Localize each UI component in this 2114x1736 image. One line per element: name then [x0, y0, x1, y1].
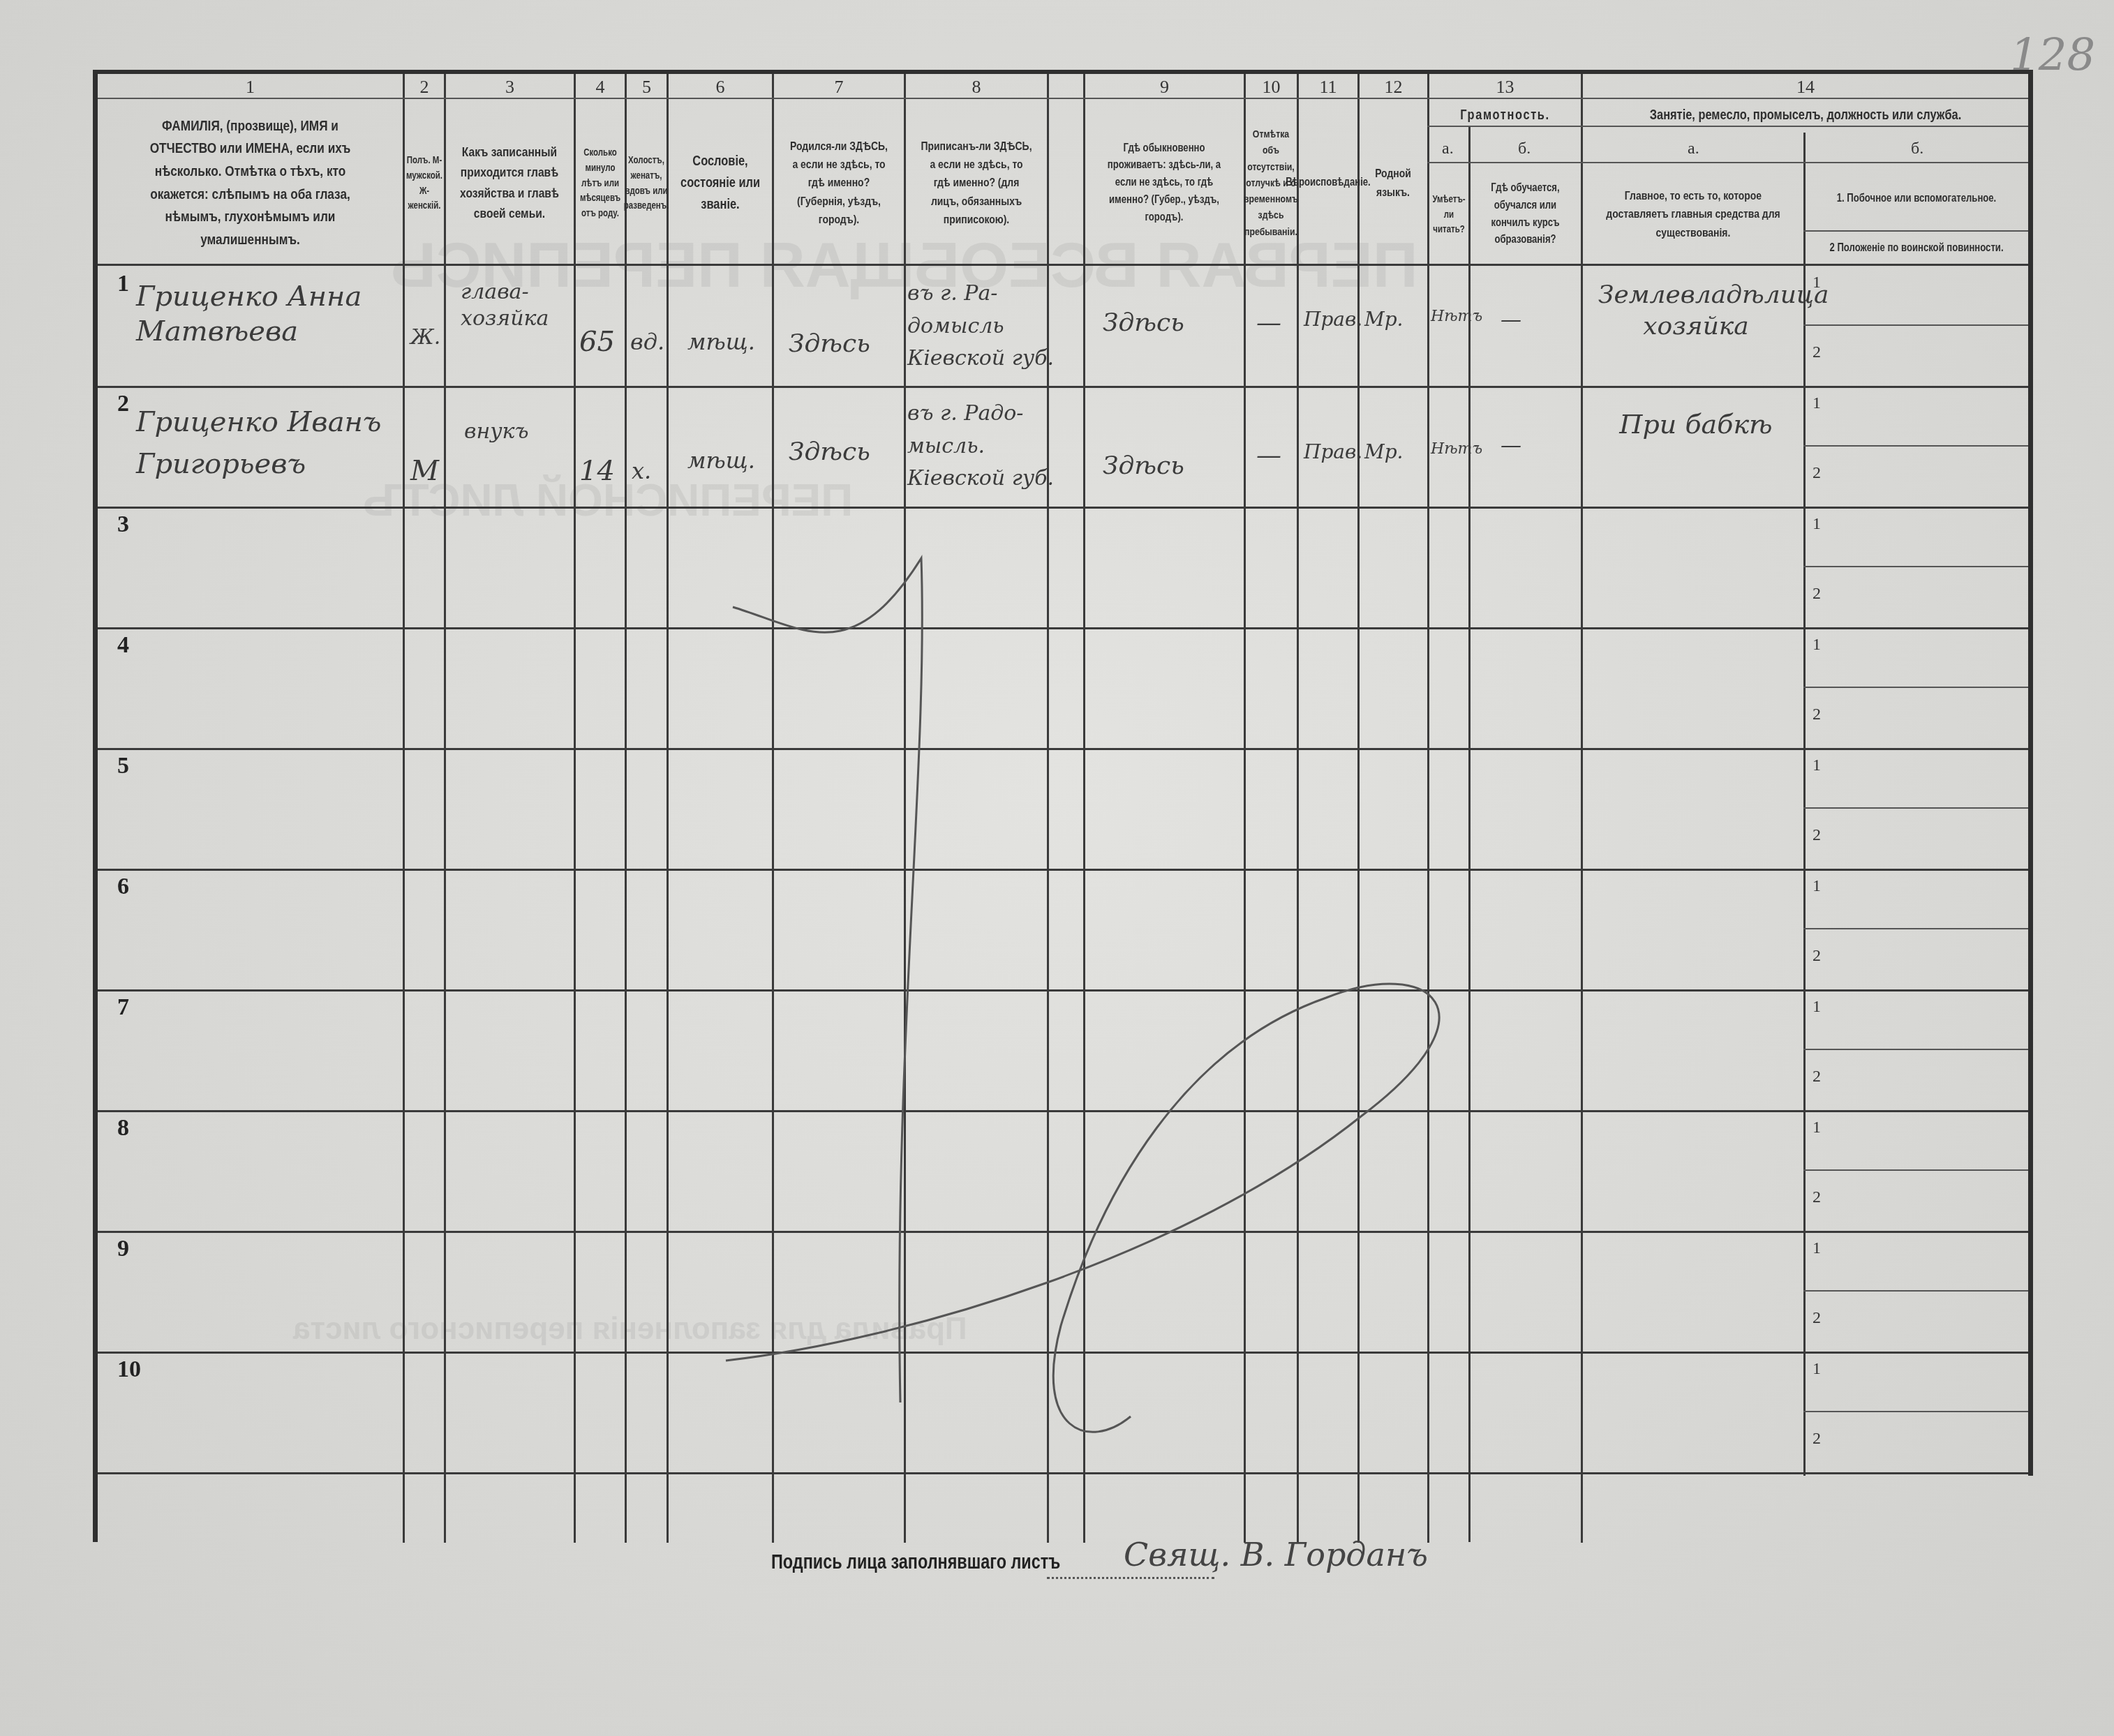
signature-label: Подпись лица заполнявшаго листъ — [771, 1550, 1060, 1574]
signature: Свящ. В. Горданъ — [1124, 1535, 1428, 1576]
signature-line — [1047, 1577, 1214, 1579]
census-sheet: ПЕРВАЯ ВСЕОБЩАЯ ПЕРЕПИСЬ ПЕРЕПИСНОЙ ЛИСТ… — [0, 0, 2114, 1736]
cancellation-strokes — [0, 0, 2114, 1736]
